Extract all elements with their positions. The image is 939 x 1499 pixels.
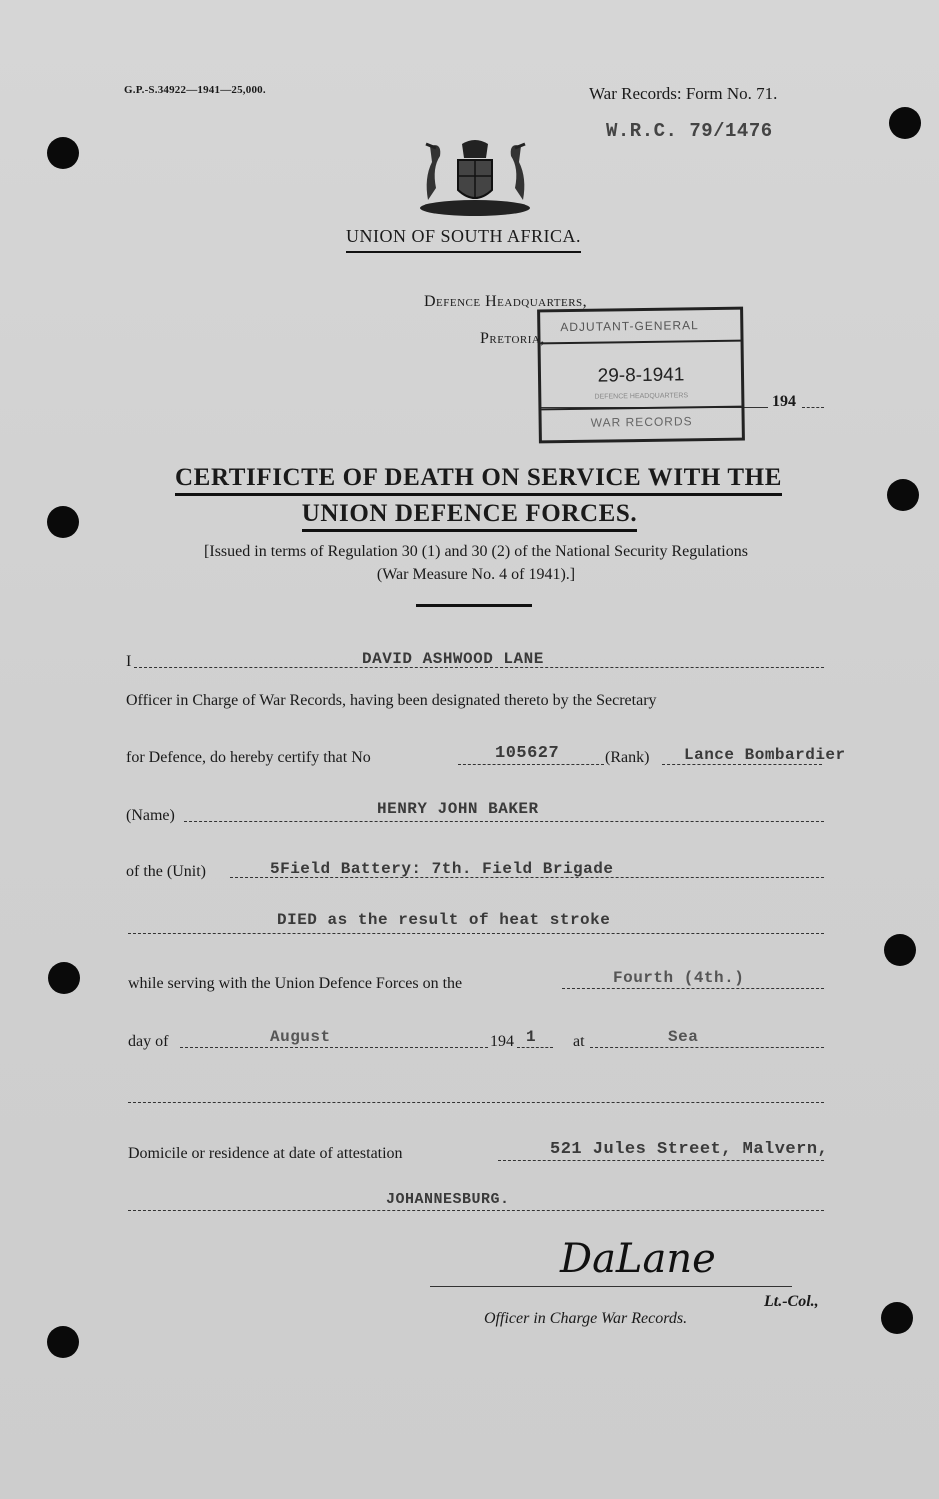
domicile-field-line1: 521 Jules Street, Malvern, (550, 1140, 828, 1159)
address-year: 194 (772, 393, 796, 411)
coat-of-arms-icon (418, 138, 533, 218)
print-code: G.P.-S.34922—1941—25,000. (124, 84, 266, 96)
stamp-bottom-text: WAR RECORDS (542, 414, 742, 431)
i-label: I (126, 653, 131, 671)
punch-hole (881, 1302, 913, 1334)
at-label: at (573, 1033, 585, 1051)
punch-hole (884, 934, 916, 966)
signature-title: Officer in Charge War Records. (484, 1310, 687, 1328)
reference-number: W.R.C. 79/1476 (606, 120, 773, 142)
stamp-date: 29-8-1941 (541, 364, 741, 389)
place-field: Sea (668, 1028, 698, 1046)
punch-hole (47, 1326, 79, 1358)
name-field: HENRY JOHN BAKER (377, 800, 539, 818)
domicile-field-line2: JOHANNESBURG. (386, 1191, 510, 1208)
certificate-page: G.P.-S.34922—1941—25,000. War Records: F… (0, 0, 939, 1499)
punch-hole (47, 137, 79, 169)
officer-signature: DaLane (560, 1236, 716, 1282)
punch-hole (889, 107, 921, 139)
rank-field: Lance Bombardier (684, 746, 846, 764)
regulation-note-line2: (War Measure No. 4 of 1941).] (124, 566, 828, 584)
certify-statement: for Defence, do hereby certify that No (126, 749, 371, 767)
date-stamp: ADJUTANT-GENERAL 29-8-1941 DEFENCE HEADQ… (537, 307, 745, 444)
name-label: (Name) (126, 807, 175, 825)
regulation-note-line1: [Issued in terms of Regulation 30 (1) an… (124, 543, 828, 561)
service-number-field: 105627 (495, 744, 559, 763)
unit-field: 5Field Battery: 7th. Field Brigade (270, 860, 613, 878)
year-field: 1 (526, 1028, 536, 1046)
punch-hole (48, 962, 80, 994)
stamp-top-text: ADJUTANT-GENERAL (560, 318, 699, 334)
stamp-middle-text: DEFENCE HEADQUARTERS (541, 392, 741, 402)
domicile-label: Domicile or residence at date of attesta… (128, 1145, 403, 1163)
form-number: War Records: Form No. 71. (589, 84, 777, 104)
month-field: August (270, 1028, 331, 1046)
certificate-title: CERTIFICTE OF DEATH ON SERVICE WITH THE (0, 464, 939, 492)
rank-label: (Rank) (605, 749, 649, 767)
year-prefix: 194 (490, 1033, 514, 1051)
day-of-label: day of (128, 1033, 168, 1051)
officer-statement: Officer in Charge of War Records, having… (126, 692, 657, 710)
cause-of-death-field: DIED as the result of heat stroke (277, 911, 610, 929)
country-heading: UNION OF SOUTH AFRICA. (346, 226, 581, 253)
signature-rank: Lt.-Col., (764, 1293, 819, 1311)
serving-statement: while serving with the Union Defence For… (128, 975, 462, 993)
certificate-title-line2: UNION DEFENCE FORCES. (0, 500, 939, 528)
divider (416, 604, 532, 607)
unit-label: of the (Unit) (126, 863, 206, 881)
day-field: Fourth (4th.) (613, 969, 744, 987)
officer-name-field: DAVID ASHWOOD LANE (362, 650, 544, 668)
address-line2: Pretoria, (480, 330, 545, 348)
